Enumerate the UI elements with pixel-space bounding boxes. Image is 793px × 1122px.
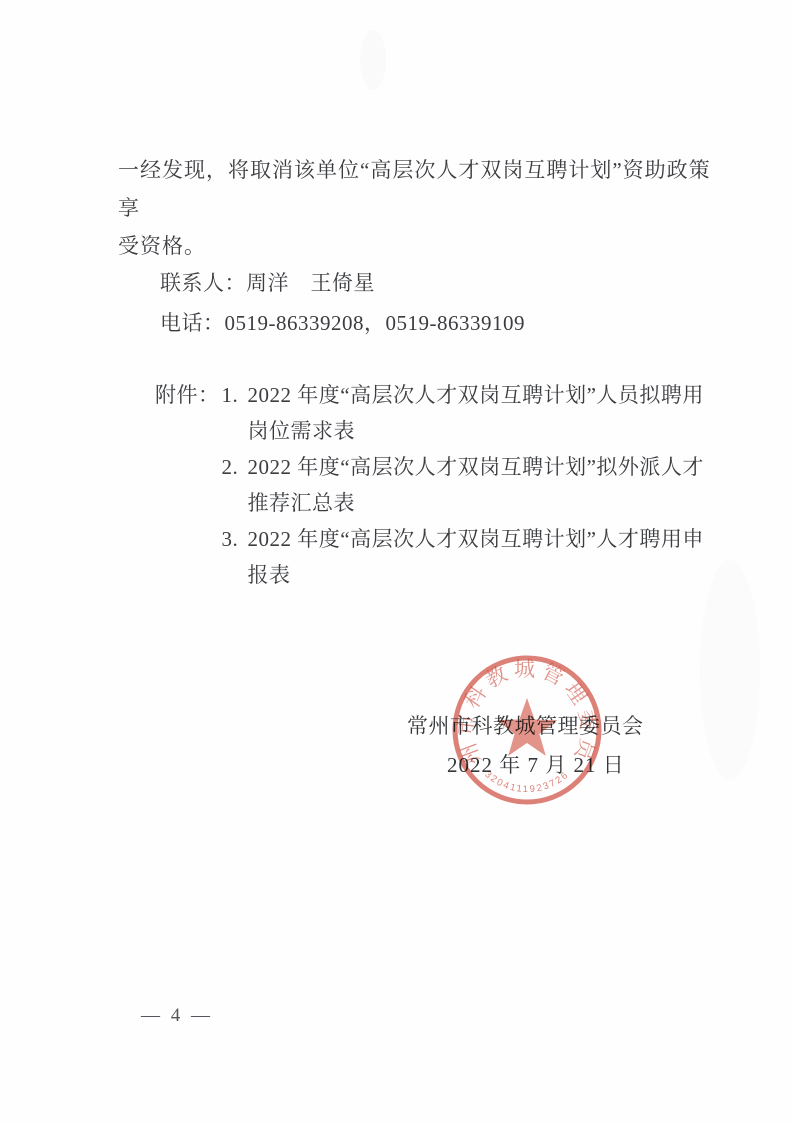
seal-serial-curve: 3204111923726	[482, 769, 571, 795]
attachment-text: 2022 年度“高层次人才双岗互聘计划”人员拟聘用岗位需求表	[248, 377, 718, 449]
attachment-number: 3.	[222, 521, 248, 593]
scan-smudge	[360, 30, 386, 90]
paragraph-line-2: 受资格。	[118, 234, 206, 258]
attachment-number: 1.	[222, 377, 248, 449]
seal-arc-text-curve: 常州市科教城管理委员会	[442, 645, 601, 768]
attachment-1-line-1: 2022 年度“高层次人才双岗互聘计划”人员拟聘用	[248, 383, 704, 407]
seal-serial-number: 3204111923726	[482, 769, 571, 795]
attachments-list: 1. 2022 年度“高层次人才双岗互聘计划”人员拟聘用岗位需求表 2. 202…	[222, 377, 718, 593]
attachment-2-line-2: 推荐汇总表	[248, 491, 356, 515]
attachment-text: 2022 年度“高层次人才双岗互聘计划”拟外派人才推荐汇总表	[248, 449, 718, 521]
attachments-block: 附件： 1. 2022 年度“高层次人才双岗互聘计划”人员拟聘用岗位需求表 2.…	[155, 377, 718, 593]
contact-phone-line: 电话：0519-86339208，0519-86339109	[160, 303, 525, 343]
attachments-label: 附件：	[155, 377, 220, 593]
attachment-1-line-2: 岗位需求表	[248, 419, 356, 443]
page-number: — 4 —	[141, 1002, 213, 1030]
attachment-item: 1. 2022 年度“高层次人才双岗互聘计划”人员拟聘用岗位需求表	[222, 377, 718, 449]
attachment-number: 2.	[222, 449, 248, 521]
scan-smudge	[700, 560, 760, 780]
contact-person-line: 联系人：周洋 王倚星	[160, 263, 525, 303]
official-seal: 常州市科教城管理委员会 3204111923726	[442, 645, 612, 815]
attachment-2-line-1: 2022 年度“高层次人才双岗互聘计划”拟外派人才	[248, 455, 704, 479]
body-paragraph: 一经发现，将取消该单位“高层次人才双岗互聘计划”资助政策享受资格。	[118, 151, 718, 265]
attachment-3-line-2: 报表	[248, 563, 291, 587]
contact-block: 联系人：周洋 王倚星 电话：0519-86339208，0519-8633910…	[160, 263, 525, 343]
document-page: 一经发现，将取消该单位“高层次人才双岗互聘计划”资助政策享受资格。 联系人：周洋…	[0, 0, 793, 1122]
attachment-text: 2022 年度“高层次人才双岗互聘计划”人才聘用申报表	[248, 521, 718, 593]
paragraph-line-1: 一经发现，将取消该单位“高层次人才双岗互聘计划”资助政策享	[118, 158, 711, 220]
seal-star-icon	[497, 698, 558, 756]
attachment-item: 3. 2022 年度“高层次人才双岗互聘计划”人才聘用申报表	[222, 521, 718, 593]
attachment-item: 2. 2022 年度“高层次人才双岗互聘计划”拟外派人才推荐汇总表	[222, 449, 718, 521]
attachment-3-line-1: 2022 年度“高层次人才双岗互聘计划”人才聘用申	[248, 527, 704, 551]
seal-organization-text: 常州市科教城管理委员会	[442, 645, 601, 768]
